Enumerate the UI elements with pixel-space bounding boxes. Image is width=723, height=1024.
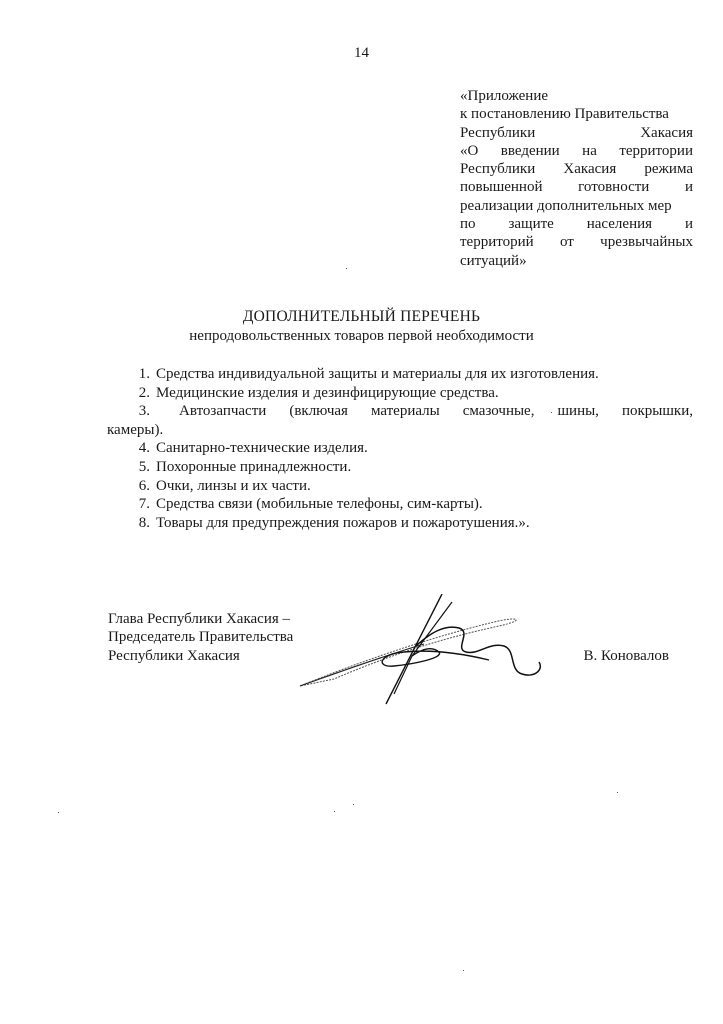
appendix-word: и [685, 178, 693, 196]
appendix-line: «Приложение [460, 87, 693, 105]
list-item: 4.Санитарно-технические изделия. [108, 439, 693, 458]
appendix-line: Республики Хакасия режима [460, 160, 693, 178]
scan-speck [353, 804, 354, 805]
list-item-text: Похоронные принадлежности. [156, 459, 351, 475]
appendix-word: и [685, 215, 693, 233]
appendix-word: повышенной [460, 178, 542, 196]
list-item-word: материалы [371, 402, 440, 421]
list-item-word: Автозапчасти [179, 402, 266, 421]
signature-block: Глава Республики Хакасия – Председатель … [108, 610, 693, 720]
list-item: 2.Медицинские изделия и дезинфицирующие … [108, 384, 693, 403]
list-item-number: 7. [122, 495, 156, 514]
list-item-number: 1. [122, 365, 156, 384]
appendix-line: по защите населения и [460, 215, 693, 233]
list-item-number: 5. [122, 458, 156, 477]
page-number: 14 [0, 44, 723, 62]
list-item-number: 4. [122, 439, 156, 458]
appendix-line: территорий от чрезвычайных [460, 233, 693, 251]
list-item-text: Средства связи (мобильные телефоны, сим-… [156, 496, 483, 512]
appendix-word: населения [587, 215, 652, 233]
appendix-word: Республики [460, 124, 535, 142]
list-item-word: покрышки, [622, 402, 693, 421]
appendix-line: Республики Хакасия [460, 124, 693, 142]
list-item: 7.Средства связи (мобильные телефоны, си… [108, 495, 693, 514]
scan-speck [463, 970, 464, 971]
appendix-word: от [560, 233, 574, 251]
signatory-title: Глава Республики Хакасия – Председатель … [108, 610, 293, 665]
list-item-word: (включая [289, 402, 348, 421]
list-item-word: шины, [558, 402, 599, 421]
appendix-word: территорий [460, 233, 534, 251]
list-item: 6.Очки, линзы и их части. [108, 477, 693, 496]
appendix-line: повышенной готовности и [460, 178, 693, 196]
scan-speck [334, 811, 335, 812]
list-item-word: смазочные, [463, 402, 535, 421]
signatory-title-line: Глава Республики Хакасия – [108, 610, 293, 628]
list-item-number: 6. [122, 477, 156, 496]
appendix-line: к постановлению Правительства [460, 105, 693, 123]
list-item-row: 3. Автозапчасти (включая материалы смазо… [108, 402, 693, 421]
appendix-line: реализации дополнительных мер [460, 197, 693, 215]
scan-speck [58, 812, 59, 813]
list-item-text: Санитарно-технические изделия. [156, 440, 368, 456]
document-subtitle: непродовольственных товаров первой необх… [0, 327, 723, 345]
appendix-line: ситуаций» [460, 252, 693, 270]
appendix-line: «О введении на территории [460, 142, 693, 160]
list-item-text: Очки, линзы и их части. [156, 478, 311, 494]
appendix-header: «Приложение к постановлению Правительств… [460, 87, 693, 270]
appendix-word: на [582, 142, 597, 160]
list-item-text: Средства индивидуальной защиты и материа… [156, 366, 599, 382]
list-item-text: Товары для предупреждения пожаров и пожа… [156, 515, 530, 531]
appendix-word: по [460, 215, 476, 233]
appendix-word: «О [460, 142, 478, 160]
appendix-word: режима [644, 160, 693, 178]
appendix-word: территории [619, 142, 693, 160]
appendix-word: защите [508, 215, 553, 233]
document-title: ДОПОЛНИТЕЛЬНЫЙ ПЕРЕЧЕНЬ [0, 307, 723, 327]
list-item: 5.Похоронные принадлежности. [108, 458, 693, 477]
list-item-number: 2. [122, 384, 156, 403]
signatory-title-line: Республики Хакасия [108, 647, 293, 665]
list-item-number: 8. [122, 514, 156, 533]
signatory-title-line: Председатель Правительства [108, 628, 293, 646]
handwritten-signature-icon [294, 594, 564, 714]
list-item: 8.Товары для предупреждения пожаров и по… [108, 514, 693, 533]
document-title-block: ДОПОЛНИТЕЛЬНЫЙ ПЕРЕЧЕНЬ непродовольствен… [0, 307, 723, 345]
list-item: 1.Средства индивидуальной защиты и матер… [108, 365, 693, 384]
appendix-word: Хакасия [563, 160, 616, 178]
list-item-text: Медицинские изделия и дезинфицирующие ср… [156, 385, 499, 401]
list-item-continuation: камеры). [107, 421, 693, 440]
appendix-word: Республики [460, 160, 535, 178]
appendix-word: введении [501, 142, 560, 160]
appendix-word: Хакасия [640, 124, 693, 142]
signatory-name: В. Коновалов [583, 647, 669, 665]
scan-speck [551, 412, 552, 413]
scan-speck [346, 268, 347, 269]
appendix-word: чрезвычайных [600, 233, 693, 251]
goods-list: 1.Средства индивидуальной защиты и матер… [108, 365, 693, 532]
list-item: 3. Автозапчасти (включая материалы смазо… [108, 402, 693, 439]
appendix-word: готовности [578, 178, 649, 196]
scan-speck [617, 792, 618, 793]
list-item-number: 3. [122, 402, 156, 421]
